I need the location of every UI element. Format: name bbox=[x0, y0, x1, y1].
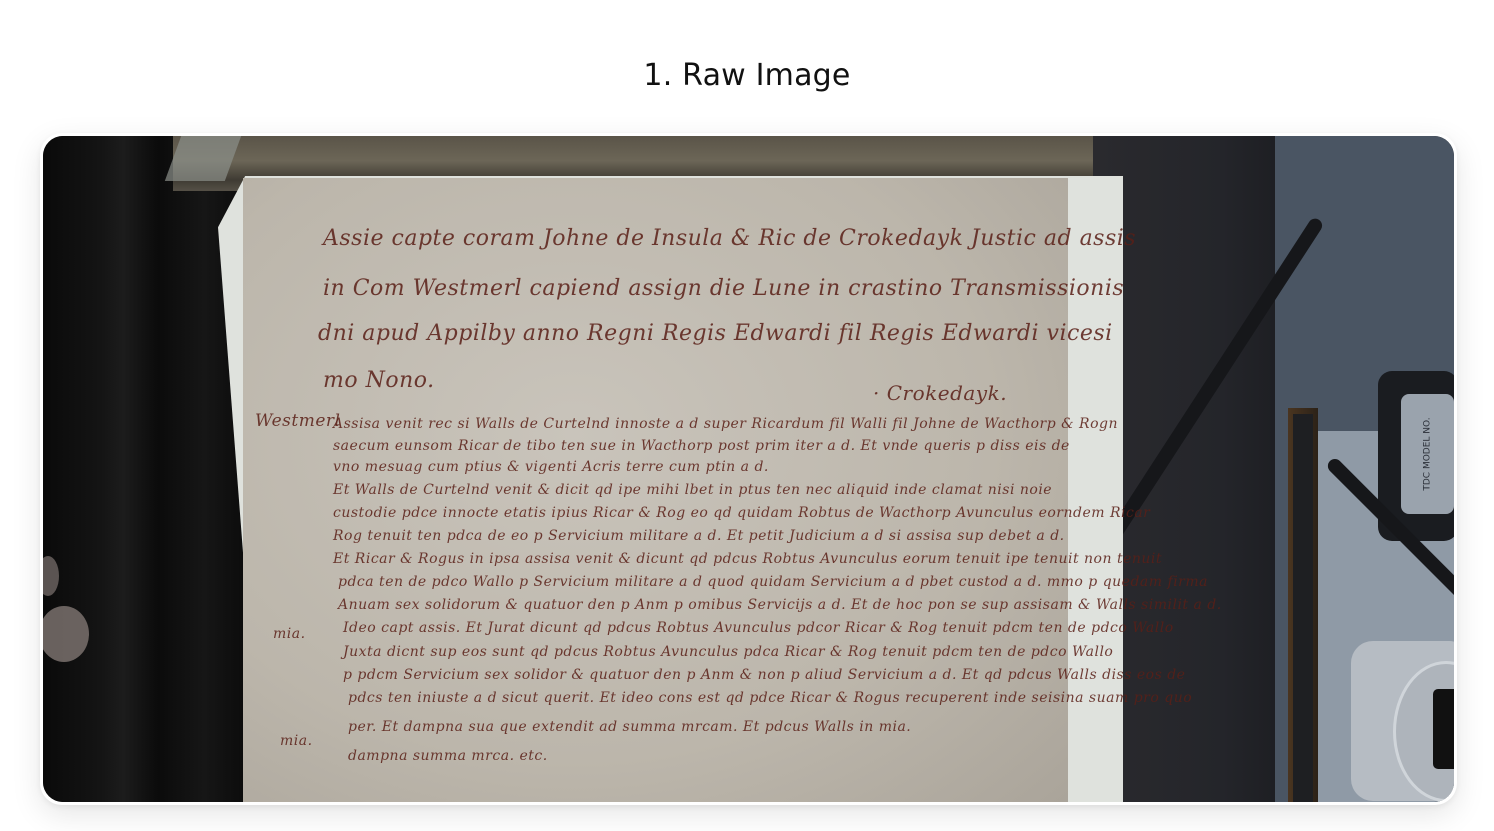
device-label: TDC MODEL NO. bbox=[1401, 394, 1454, 514]
manuscript-header-line: in Com Westmerl capiend assign die Lune … bbox=[323, 276, 1124, 301]
manuscript-body-line: Et Walls de Curtelnd venit & dicit qd ip… bbox=[333, 482, 1052, 498]
manuscript-header-line: mo Nono. bbox=[323, 368, 435, 393]
manuscript-margin-heading: Westmerl bbox=[255, 411, 340, 431]
manuscript-body-line: per. Et dampna sua que extendit ad summa… bbox=[348, 719, 911, 735]
shelf-shadow bbox=[1293, 414, 1313, 802]
raw-manuscript-photo: TDC MODEL NO. Assie capte coram Johne de… bbox=[43, 136, 1454, 802]
manuscript-body-line: Et Ricar & Rogus in ipsa assisa venit & … bbox=[333, 551, 1162, 567]
manuscript-body-line: custodie pdce innocte etatis ipius Ricar… bbox=[333, 505, 1150, 521]
manuscript-body-line: saecum eunsom Ricar de tibo ten sue in W… bbox=[333, 438, 1070, 454]
manuscript-body-line: p pdcm Servicium sex solidor & quatuor d… bbox=[343, 667, 1185, 683]
manuscript-margin-note: mia. bbox=[280, 733, 313, 749]
image-card: TDC MODEL NO. Assie capte coram Johne de… bbox=[40, 133, 1457, 805]
outlet-socket bbox=[1433, 689, 1454, 769]
manuscript-body-line: pdcs ten iniuste a d sicut querit. Et id… bbox=[348, 690, 1192, 706]
manuscript-body-line: pdca ten de pdco Wallo p Servicium milit… bbox=[338, 574, 1208, 590]
manuscript-body-line: Anuam sex solidorum & quatuor den p Anm … bbox=[338, 597, 1222, 613]
manuscript-body-line: vno mesuag cum ptius & vigenti Acris ter… bbox=[333, 459, 769, 475]
manuscript-body-line: Assisa venit rec si Walls de Curtelnd in… bbox=[333, 416, 1118, 432]
page-title: 1. Raw Image bbox=[0, 58, 1494, 93]
manuscript-header-line: dni apud Appilby anno Regni Regis Edward… bbox=[318, 321, 1113, 346]
manuscript-body-line: Ideo capt assis. Et Jurat dicunt qd pdcu… bbox=[343, 620, 1174, 636]
manuscript-body-line: Rog tenuit ten pdca de eo p Servicium mi… bbox=[333, 528, 1065, 544]
manuscript-right-note: · Crokedayk. bbox=[873, 381, 1007, 405]
manuscript-body-line: Juxta dicnt sup eos sunt qd pdcus Robtus… bbox=[343, 644, 1113, 660]
manuscript-header-line: Assie capte coram Johne de Insula & Ric … bbox=[323, 226, 1136, 251]
manuscript-margin-note: mia. bbox=[273, 626, 306, 642]
manuscript-body-line: dampna summa mrca. etc. bbox=[348, 748, 548, 764]
